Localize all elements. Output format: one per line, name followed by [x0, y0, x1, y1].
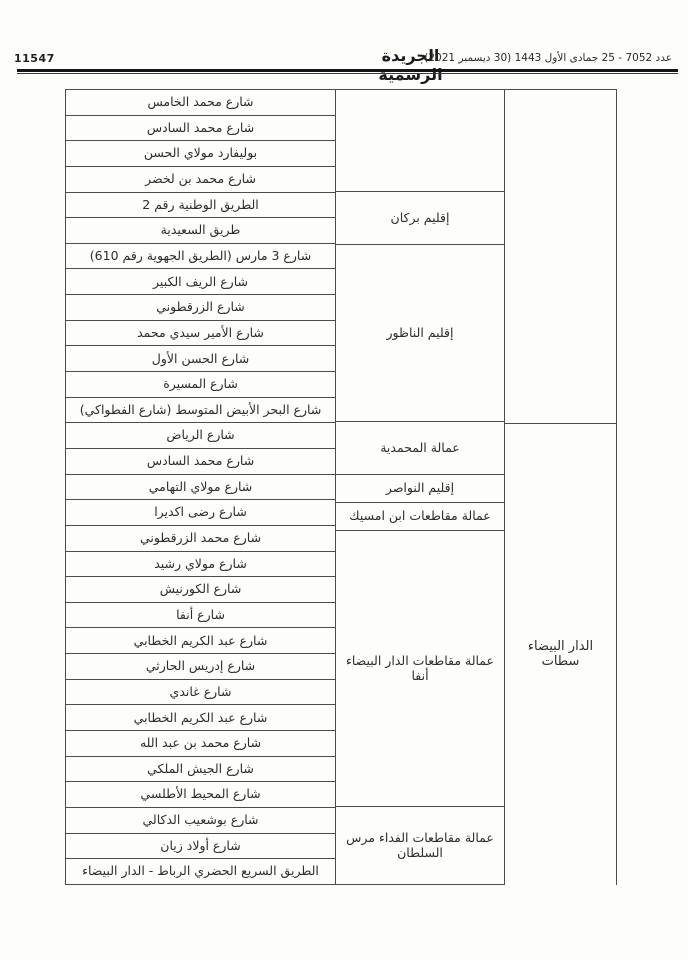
street-cell: شارع بوشعيب الدكالي [66, 808, 335, 834]
prefecture-cell: إقليم بركان [336, 192, 504, 245]
region-column: الدار البيضاء سطات [504, 90, 617, 885]
street-cell: شارع محمد السادس [66, 116, 335, 142]
street-cell: شارع محمد السادس [66, 449, 335, 475]
street-cell: شارع محمد بن لخضر [66, 167, 335, 193]
street-cell: شارع إدريس الحارثي [66, 654, 335, 680]
street-cell: شارع المحيط الأطلسي [66, 782, 335, 808]
prefecture-cell: عمالة مقاطعات الدار البيضاء أنفا [336, 531, 504, 808]
gazette-page: 11547 الجريدة الرسمية عدد 7052 - 25 جماد… [0, 0, 688, 960]
region-cell [505, 90, 616, 424]
street-cell: شارع عبد الكريم الخطابي [66, 705, 335, 731]
page-number: 11547 [14, 52, 55, 65]
street-cell: شارع الحسن الأول [66, 346, 335, 372]
street-name-column: شارع محمد الخامسشارع محمد السادسبوليفارد… [65, 90, 335, 885]
prefecture-cell: إقليم الناظور [336, 245, 504, 422]
streets-table: شارع محمد الخامسشارع محمد السادسبوليفارد… [65, 89, 617, 885]
street-cell: شارع الجيش الملكي [66, 757, 335, 783]
street-cell: شارع أنفا [66, 603, 335, 629]
street-cell: شارع مولاي رشيد [66, 552, 335, 578]
street-cell: شارع البحر الأبيض المتوسط (شارع الفطواكي… [66, 398, 335, 424]
street-cell: شارع أولاد زيان [66, 834, 335, 860]
street-cell: شارع مولاي التهامي [66, 475, 335, 501]
street-cell: شارع محمد بن عبد الله [66, 731, 335, 757]
prefecture-cell: عمالة مقاطعات ابن امسيك [336, 503, 504, 531]
street-cell: شارع الكورنيش [66, 577, 335, 603]
region-cell: الدار البيضاء سطات [505, 424, 616, 885]
prefecture-column: إقليم بركانإقليم الناظورعمالة المحمديةإق… [335, 90, 504, 885]
prefecture-cell [336, 90, 504, 192]
street-cell: الطريق السريع الحضري الرباط - الدار البي… [66, 859, 335, 885]
street-cell: شارع الريف الكبير [66, 269, 335, 295]
street-cell: شارع الزرقطوني [66, 295, 335, 321]
street-cell: شارع 3 مارس (الطريق الجهوية رقم 610) [66, 244, 335, 270]
street-cell: شارع رضى اكديرا [66, 500, 335, 526]
prefecture-cell: عمالة مقاطعات الفداء مرس السلطان [336, 807, 504, 885]
street-cell: شارع محمد الزرقطوني [66, 526, 335, 552]
street-cell: شارع المسيرة [66, 372, 335, 398]
street-cell: شارع غاندي [66, 680, 335, 706]
header-divider-rule [17, 69, 678, 74]
street-cell: شارع عبد الكريم الخطابي [66, 628, 335, 654]
issue-info: عدد 7052 - 25 جمادى الأول 1443 (30 ديسمب… [424, 52, 672, 64]
prefecture-cell: عمالة المحمدية [336, 422, 504, 475]
street-cell: شارع الأمير سيدي محمد [66, 321, 335, 347]
street-cell: طريق السعيدية [66, 218, 335, 244]
street-cell: شارع الرياض [66, 423, 335, 449]
prefecture-cell: إقليم النواصر [336, 475, 504, 503]
street-cell: شارع محمد الخامس [66, 90, 335, 116]
street-cell: بوليفارد مولاي الحسن [66, 141, 335, 167]
street-cell: الطريق الوطنية رقم 2 [66, 193, 335, 219]
